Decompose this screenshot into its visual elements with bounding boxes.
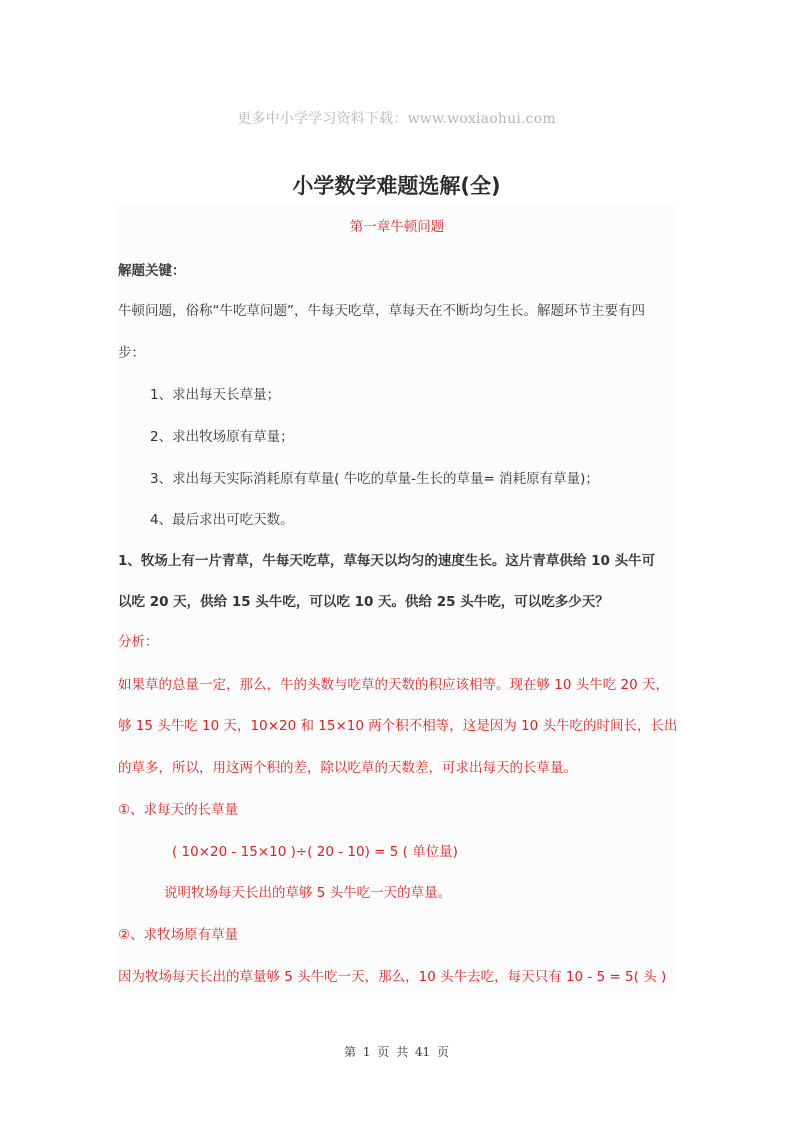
page-indicator: 第 1 页 共 41 页 [0, 1043, 793, 1060]
sub-step-1-explanation: 说明牧场每天长出的草够 5 头牛吃一天的草量。 [164, 883, 451, 903]
key-heading: 解题关键： [118, 261, 186, 281]
step-item-4: 4、最后求出可吃天数。 [150, 510, 294, 530]
intro-line-1: 牛顿问题，俗称“牛吃草问题”，牛每天吃草，草每天在不断均匀生长。解题环节主要有四 [118, 301, 645, 321]
document-title: 小学数学难题选解(全) [0, 170, 793, 200]
sub-step-1-heading: ①、求每天的长草量 [118, 800, 238, 820]
intro-line-2: 步： [118, 343, 145, 363]
content-panel: 第一章牛顿问题 解题关键： 牛顿问题，俗称“牛吃草问题”，牛每天吃草，草每天在不… [118, 205, 676, 993]
step-item-2: 2、求出牧场原有草量； [150, 427, 294, 447]
analysis-line-3: 的草多，所以，用这两个积的差，除以吃草的天数差，可求出每天的长草量。 [118, 758, 577, 778]
step-item-1: 1、求出每天长草量； [150, 385, 280, 405]
chapter-title: 第一章牛顿问题 [118, 217, 676, 237]
problem-1-line-2: 以吃 20 天，供给 15 头牛吃，可以吃 10 天。供给 25 头牛吃，可以吃… [118, 592, 609, 612]
step-item-3: 3、求出每天实际消耗原有草量( 牛吃的草量-生长的草量= 消耗原有草量)； [150, 469, 599, 489]
sub-step-2-explanation: 因为牧场每天长出的草量够 5 头牛吃一天，那么，10 头牛去吃，每天只有 10 … [118, 967, 666, 987]
watermark-header: 更多中小学学习资料下载：www.woxiaohui.com [0, 108, 793, 128]
analysis-line-2: 够 15 头牛吃 10 天，10×20 和 15×10 两个积不相等，这是因为 … [118, 716, 678, 736]
sub-step-2-heading: ②、求牧场原有草量 [118, 925, 238, 945]
analysis-line-1: 如果草的总量一定，那么，牛的头数与吃草的天数的积应该相等。现在够 10 头牛吃 … [118, 675, 669, 695]
problem-1-line-1: 1、牧场上有一片青草，牛每天吃草，草每天以均匀的速度生长。这片青草供给 10 头… [118, 551, 655, 571]
analysis-label: 分析： [118, 632, 159, 652]
sub-step-1-formula: ( 10×20 - 15×10 )÷( 20 - 10) = 5 ( 单位量) [172, 842, 458, 862]
